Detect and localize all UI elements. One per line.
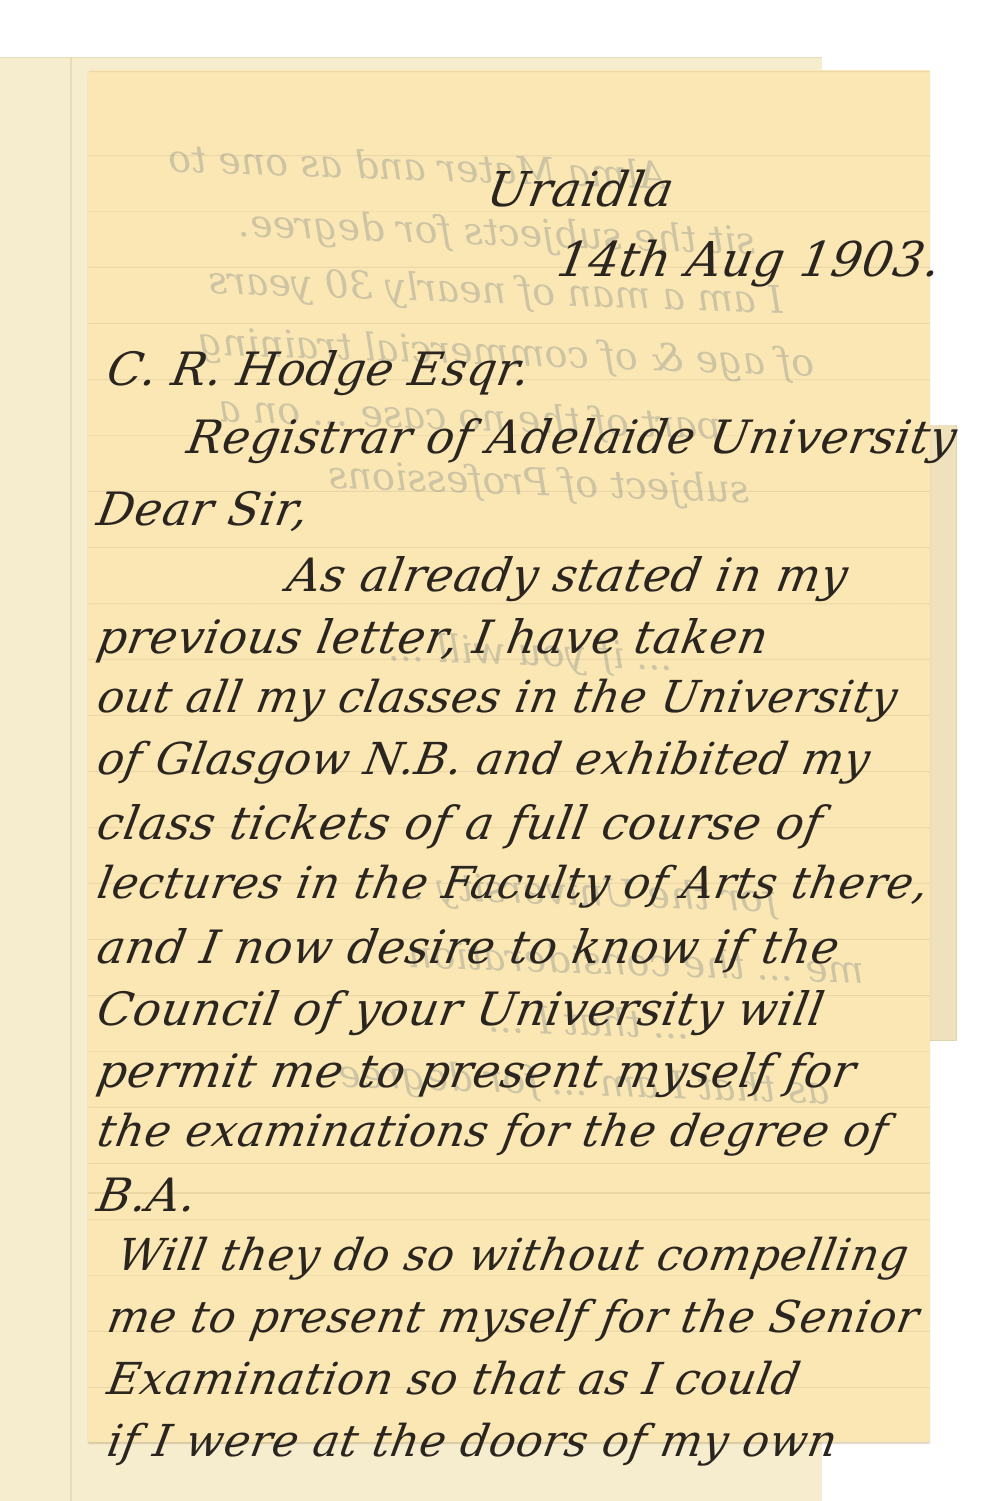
body-line: of Glasgow N.B. and exhibited my bbox=[94, 734, 875, 785]
body-line: B.A. bbox=[93, 1168, 201, 1222]
addressee-name: C. R. Hodge Esqr. bbox=[103, 342, 534, 396]
salutation: Dear Sir, bbox=[93, 482, 313, 536]
body-line: me to present myself for the Senior bbox=[104, 1292, 924, 1343]
body-line: Will they do so without compelling bbox=[114, 1230, 913, 1281]
body-line: Council of your University will bbox=[93, 982, 828, 1036]
letter-page: Alma Mater and as one to sit the subject… bbox=[88, 70, 930, 1442]
letter-date: 14th Aug 1903. bbox=[553, 232, 945, 288]
addressee-title: Registrar of Adelaide University bbox=[183, 410, 961, 464]
body-line: As already stated in my bbox=[283, 548, 852, 602]
body-line: and I now desire to know if the bbox=[93, 920, 844, 974]
underlying-sheet-fold bbox=[70, 57, 72, 1501]
underlying-sheet-edge bbox=[930, 425, 957, 1041]
fold-crease bbox=[88, 1192, 930, 1194]
body-line: Examination so that as I could bbox=[104, 1354, 805, 1405]
body-line: if I were at the doors of my own bbox=[104, 1416, 842, 1467]
letter-place: Uraidla bbox=[483, 162, 678, 218]
body-line: class tickets of a full course of bbox=[93, 796, 827, 850]
body-line: lectures in the Faculty of Arts there, bbox=[94, 858, 933, 909]
body-line: permit me to present myself for bbox=[93, 1044, 860, 1098]
body-line: out all my classes in the University bbox=[94, 672, 902, 723]
body-line: previous letter, I have taken bbox=[93, 610, 773, 664]
body-line: the examinations for the degree of bbox=[94, 1106, 893, 1157]
